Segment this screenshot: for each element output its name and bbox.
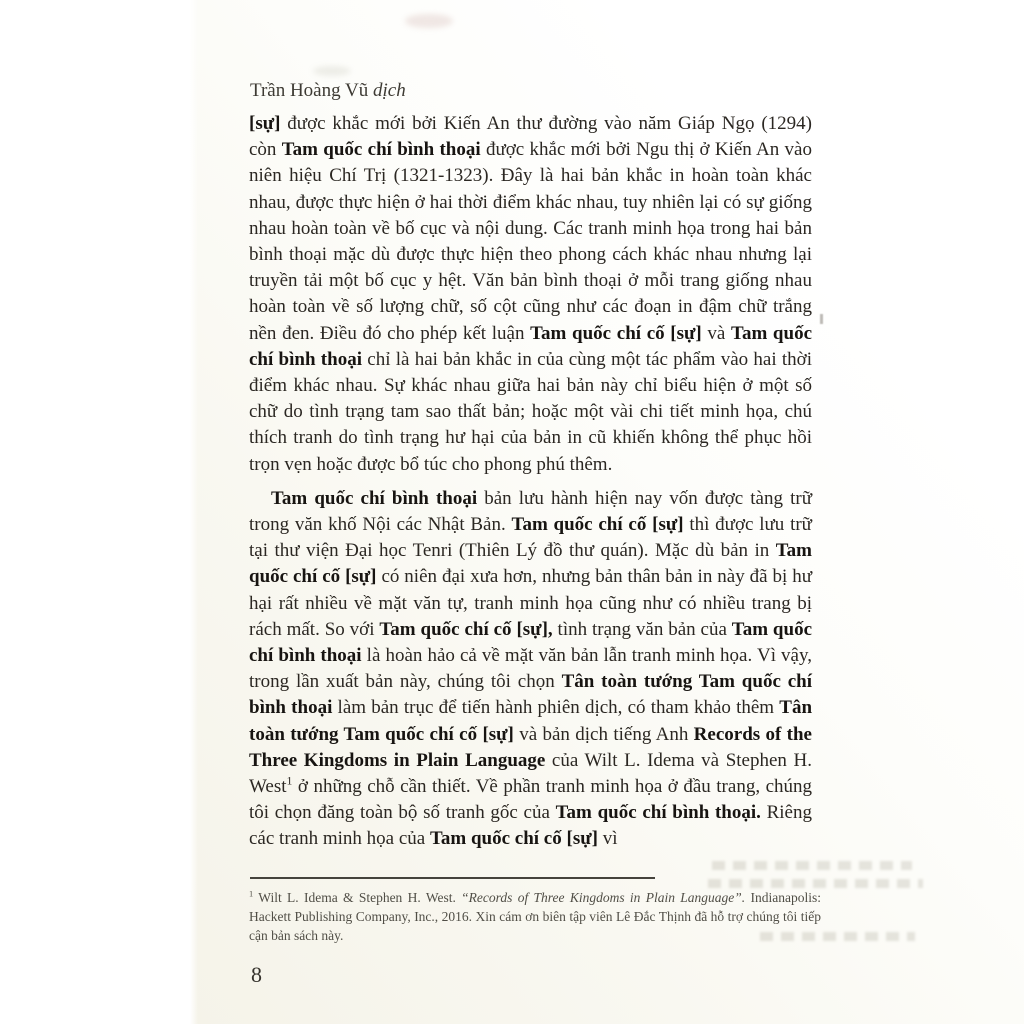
scan-smudge-artifact	[313, 66, 351, 76]
translator-role: dịch	[373, 80, 406, 101]
page-number: 8	[251, 962, 262, 988]
bleed-through-artifact	[708, 879, 923, 888]
paragraph: Tam quốc chí bình thoại bản lưu hành hiệ…	[249, 486, 812, 853]
body-text-block: [sự] được khắc mới bởi Kiến An thư đường…	[249, 111, 812, 853]
translator-name: Trần Hoàng Vũ	[250, 80, 373, 101]
footnote-text: 1 Wilt L. Idema & Stephen H. West. “Reco…	[249, 888, 821, 945]
bleed-through-artifact	[712, 861, 912, 870]
scanned-book-page: Trần Hoàng Vũ dịch [sự] được khắc mới bở…	[0, 0, 1024, 1024]
scan-speck-artifact	[820, 314, 823, 324]
scan-smudge-artifact	[405, 14, 453, 28]
translator-credit-line: Trần Hoàng Vũ dịch	[250, 80, 813, 102]
footnote-divider	[250, 877, 655, 879]
paragraph: [sự] được khắc mới bởi Kiến An thư đường…	[249, 111, 812, 478]
